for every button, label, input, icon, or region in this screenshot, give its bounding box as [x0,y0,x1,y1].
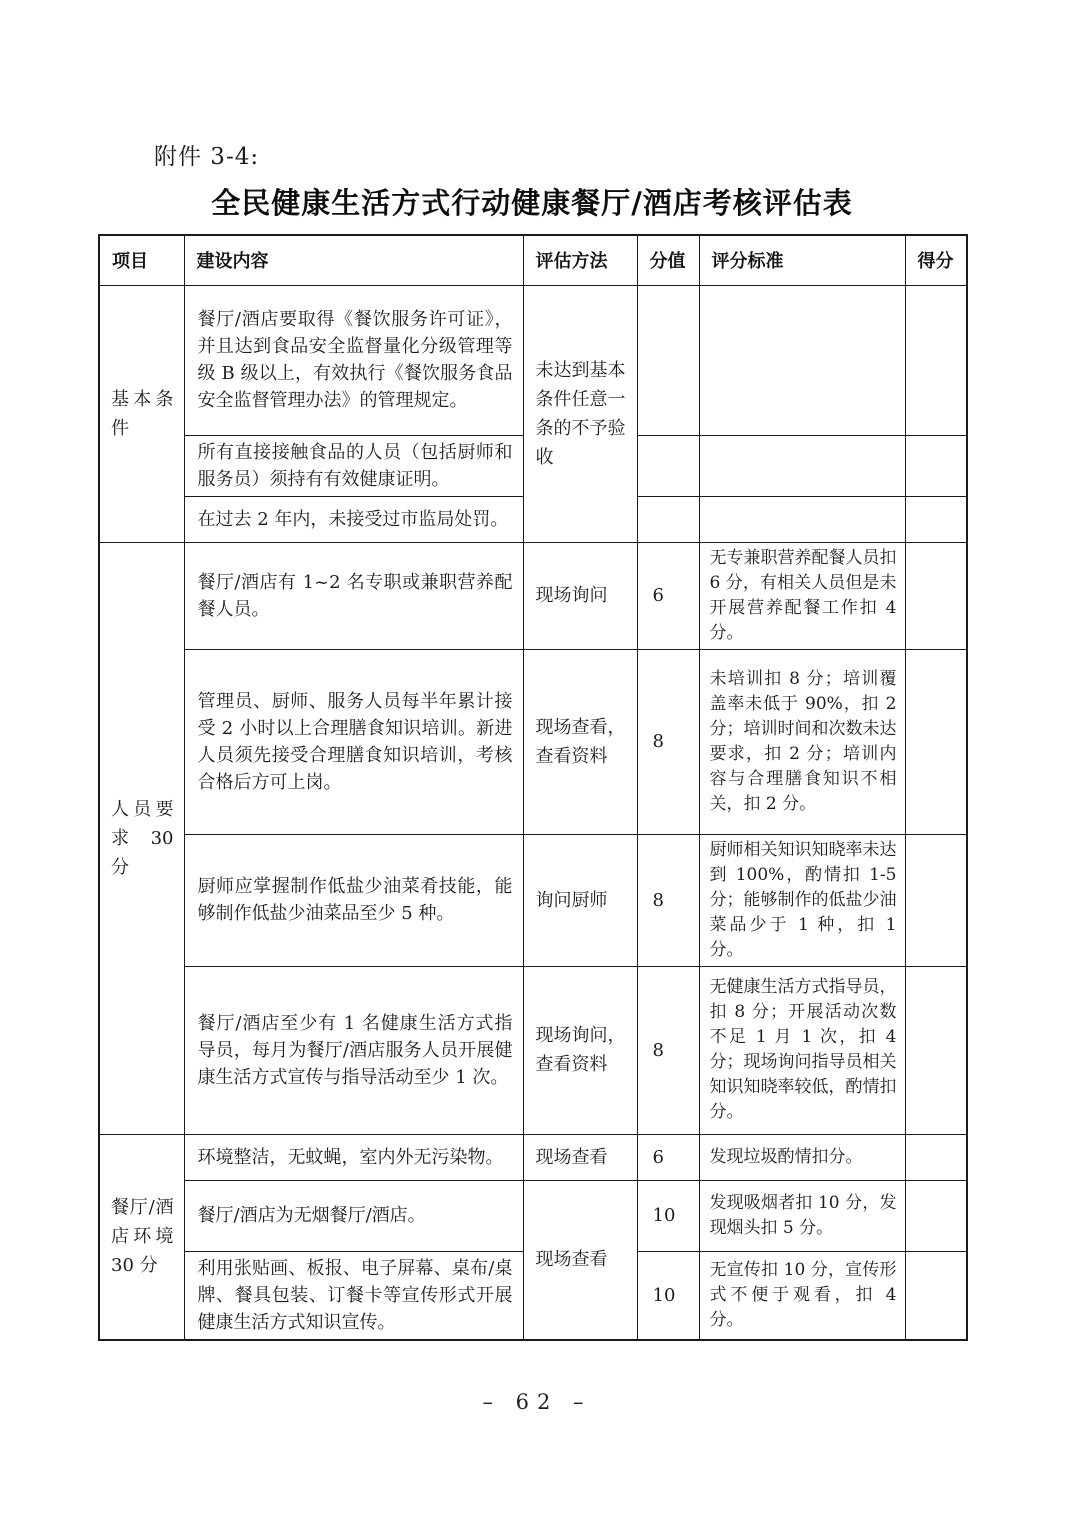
table-row: 人员要求 30 分 餐厅/酒店有 1~2 名专职或兼职营养配餐人员。 现场询问 … [99,542,967,649]
table-header-row: 项目 建设内容 评估方法 分值 评分标准 得分 [99,235,967,285]
table-row: 基本条件 餐厅/酒店要取得《餐饮服务许可证》，并且达到食品安全监督量化分级管理等… [99,285,967,435]
cell-score: 8 [637,966,699,1134]
cell-criteria: 未培训扣 8 分；培训覆盖率未低于 90%，扣 2 分；培训时间和次数未达要求，… [699,649,905,834]
cell-content: 管理员、厨师、服务人员每半年累计接受 2 小时以上合理膳食知识培训。新进人员须先… [184,649,523,834]
cell-gain-empty [905,496,967,542]
cell-gain-empty [905,966,967,1134]
cell-criteria-empty [699,435,905,496]
page-title: 全民健康生活方式行动健康餐厅/酒店考核评估表 [98,181,966,222]
cell-gain-empty [905,834,967,966]
cell-score-empty [637,496,699,542]
cell-gain-empty [905,285,967,435]
cell-criteria: 发现垃圾酌情扣分。 [699,1134,905,1180]
cell-score: 6 [637,542,699,649]
cell-criteria-empty [699,496,905,542]
cell-gain-empty [905,649,967,834]
cell-item-environment: 餐厅/酒店环境 30 分 [99,1134,184,1340]
col-header-item: 项目 [99,235,184,285]
cell-criteria: 发现吸烟者扣 10 分，发现烟头扣 5 分。 [699,1180,905,1251]
cell-score: 10 [637,1180,699,1251]
table-row: 餐厅/酒店为无烟餐厅/酒店。 现场查看 10 发现吸烟者扣 10 分，发现烟头扣… [99,1180,967,1251]
cell-criteria: 厨师相关知识知晓率未达到 100%，酌情扣 1-5 分；能够制作的低盐少油菜品少… [699,834,905,966]
cell-gain-empty [905,1251,967,1340]
col-header-gain: 得分 [905,235,967,285]
cell-content: 餐厅/酒店至少有 1 名健康生活方式指导员，每月为餐厅/酒店服务人员开展健康生活… [184,966,523,1134]
cell-score: 8 [637,834,699,966]
table-row: 管理员、厨师、服务人员每半年累计接受 2 小时以上合理膳食知识培训。新进人员须先… [99,649,967,834]
cell-method: 现场查看，查看资料 [523,649,637,834]
col-header-criteria: 评分标准 [699,235,905,285]
cell-gain-empty [905,1134,967,1180]
cell-score-empty [637,435,699,496]
table-row: 厨师应掌握制作低盐少油菜肴技能，能够制作低盐少油菜品至少 5 种。 询问厨师 8… [99,834,967,966]
cell-content: 餐厅/酒店要取得《餐饮服务许可证》，并且达到食品安全监督量化分级管理等级 B 级… [184,285,523,435]
cell-content: 厨师应掌握制作低盐少油菜肴技能，能够制作低盐少油菜品至少 5 种。 [184,834,523,966]
cell-gain-empty [905,1180,967,1251]
cell-criteria: 无宣传扣 10 分，宣传形式不便于观看，扣 4 分。 [699,1251,905,1340]
cell-method: 询问厨师 [523,834,637,966]
cell-score-empty [637,285,699,435]
attachment-label: 附件 3-4: [154,138,966,171]
cell-method: 现场询问，查看资料 [523,966,637,1134]
page-number: – 62 – [0,1390,1074,1414]
cell-method: 现场查看 [523,1134,637,1180]
cell-gain-empty [905,435,967,496]
cell-content: 所有直接接触食品的人员（包括厨师和服务员）须持有有效健康证明。 [184,435,523,496]
cell-method-merged: 未达到基本条件任意一条的不予验收 [523,285,637,542]
cell-item-personnel-requirements: 人员要求 30 分 [99,542,184,1134]
col-header-score: 分值 [637,235,699,285]
document-page: 附件 3-4: 全民健康生活方式行动健康餐厅/酒店考核评估表 项目 建设内容 评… [0,0,1074,1520]
cell-score: 10 [637,1251,699,1340]
table-row: 餐厅/酒店至少有 1 名健康生活方式指导员，每月为餐厅/酒店服务人员开展健康生活… [99,966,967,1134]
col-header-content: 建设内容 [184,235,523,285]
cell-gain-empty [905,542,967,649]
cell-content: 在过去 2 年内，未接受过市监局处罚。 [184,496,523,542]
cell-content: 餐厅/酒店有 1~2 名专职或兼职营养配餐人员。 [184,542,523,649]
cell-criteria: 无健康生活方式指导员，扣 8 分；开展活动次数不足 1 月 1 次，扣 4 分；… [699,966,905,1134]
col-header-method: 评估方法 [523,235,637,285]
cell-criteria-empty [699,285,905,435]
cell-method-merged: 现场查看 [523,1180,637,1340]
cell-content: 餐厅/酒店为无烟餐厅/酒店。 [184,1180,523,1251]
cell-score: 6 [637,1134,699,1180]
cell-content: 利用张贴画、板报、电子屏幕、桌布/桌牌、餐具包装、订餐卡等宣传形式开展健康生活方… [184,1251,523,1340]
table-row: 餐厅/酒店环境 30 分 环境整洁，无蚊蝇，室内外无污染物。 现场查看 6 发现… [99,1134,967,1180]
cell-method: 现场询问 [523,542,637,649]
cell-item-basic-conditions: 基本条件 [99,285,184,542]
document-content: 附件 3-4: 全民健康生活方式行动健康餐厅/酒店考核评估表 项目 建设内容 评… [98,0,966,1341]
assessment-table: 项目 建设内容 评估方法 分值 评分标准 得分 基本条件 餐厅/酒店要取得《餐饮… [98,234,968,1341]
cell-criteria: 无专兼职营养配餐人员扣 6 分，有相关人员但是未开展营养配餐工作扣 4 分。 [699,542,905,649]
cell-content: 环境整洁，无蚊蝇，室内外无污染物。 [184,1134,523,1180]
cell-score: 8 [637,649,699,834]
